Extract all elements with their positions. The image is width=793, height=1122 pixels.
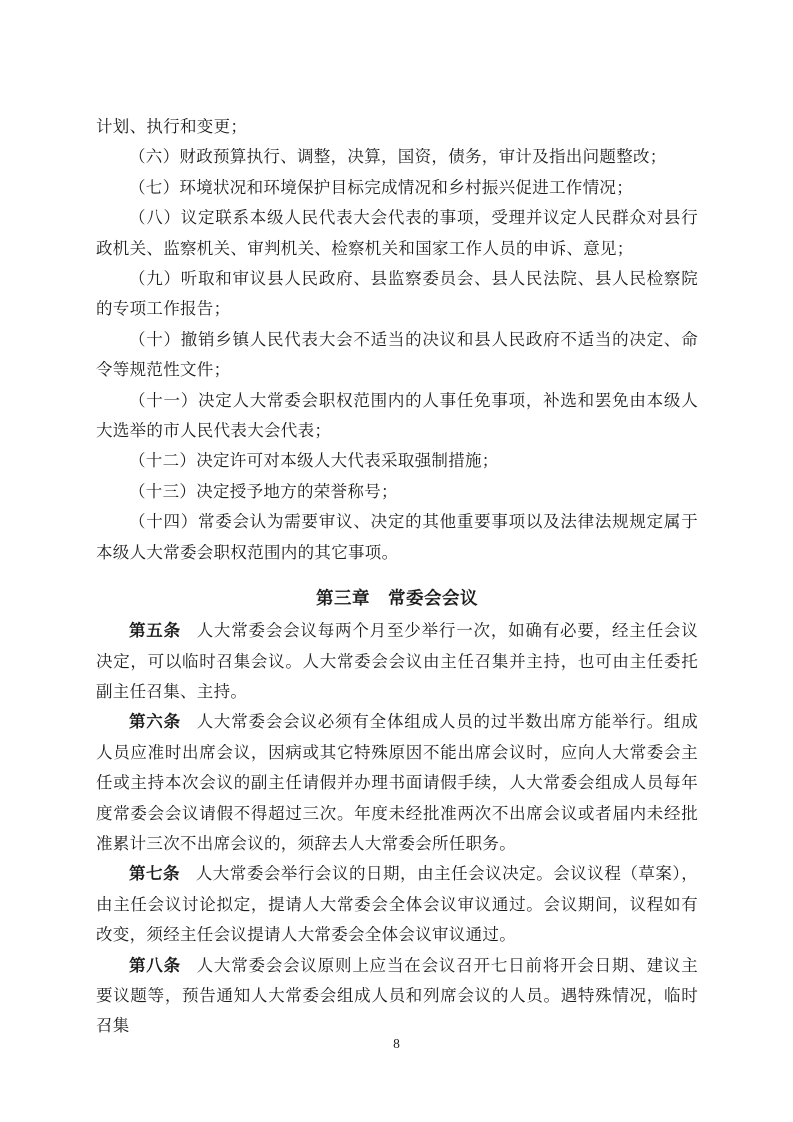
article-text-7: 人大常委会举行会议的日期，由主任会议决定。会议议程（草案），由主任会议讨论拟定，… [96, 864, 698, 944]
page-number: 8 [0, 1034, 793, 1054]
chapter-heading: 第三章 常委会会议 [96, 581, 698, 615]
article-paragraph-6: 第六条人大常委会会议必须有全体组成人员的过半数出席方能举行。组成人员应准时出席会… [96, 707, 698, 859]
document-body: 计划、执行和变更； （六）财政预算执行、调整，决算，国资，债务，审计及指出问题整… [96, 112, 698, 1042]
list-item-10: （十）撤销乡镇人民代表大会不适当的决议和县人民政府不适当的决定、命令等规范性文件… [96, 325, 698, 386]
article-number-5: 第五条 [129, 621, 181, 640]
article-paragraph-8: 第八条人大常委会会议原则上应当在会议召开七日前将开会日期、建议主要议题等，预告通… [96, 951, 698, 1042]
list-item-13: （十三）决定授予地方的荣誉称号； [96, 477, 698, 507]
article-text-5: 人大常委会会议每两个月至少举行一次，如确有必要，经主任会议决定，可以临时召集会议… [96, 621, 698, 701]
list-item-9: （九）听取和审议县人民政府、县监察委员会、县人民法院、县人民检察院的专项工作报告… [96, 264, 698, 325]
article-paragraph-5: 第五条人大常委会会议每两个月至少举行一次，如确有必要，经主任会议决定，可以临时召… [96, 616, 698, 707]
article-paragraph-7: 第七条人大常委会举行会议的日期，由主任会议决定。会议议程（草案），由主任会议讨论… [96, 859, 698, 950]
list-item-6: （六）财政预算执行、调整，决算，国资，债务，审计及指出问题整改； [96, 142, 698, 172]
article-text-8: 人大常委会会议原则上应当在会议召开七日前将开会日期、建议主要议题等，预告通知人大… [96, 956, 698, 1036]
list-item-7: （七）环境状况和环境保护目标完成情况和乡村振兴促进工作情况； [96, 173, 698, 203]
list-item-12: （十二）决定许可对本级人大代表采取强制措施； [96, 446, 698, 476]
article-number-6: 第六条 [129, 712, 181, 731]
list-item-14: （十四）常委会认为需要审议、决定的其他重要事项以及法律法规规定属于本级人大常委会… [96, 507, 698, 568]
continuation-line: 计划、执行和变更； [96, 112, 698, 142]
list-item-11: （十一）决定人大常委会职权范围内的人事任免事项，补选和罢免由本级人大选举的市人民… [96, 386, 698, 447]
document-page: 计划、执行和变更； （六）财政预算执行、调整，决算，国资，债务，审计及指出问题整… [0, 0, 793, 1122]
article-text-6: 人大常委会会议必须有全体组成人员的过半数出席方能举行。组成人员应准时出席会议，因… [96, 712, 698, 853]
article-number-8: 第八条 [129, 956, 181, 975]
article-number-7: 第七条 [129, 864, 180, 883]
list-item-8: （八）议定联系本级人民代表大会代表的事项，受理并议定人民群众对县行政机关、监察机… [96, 203, 698, 264]
